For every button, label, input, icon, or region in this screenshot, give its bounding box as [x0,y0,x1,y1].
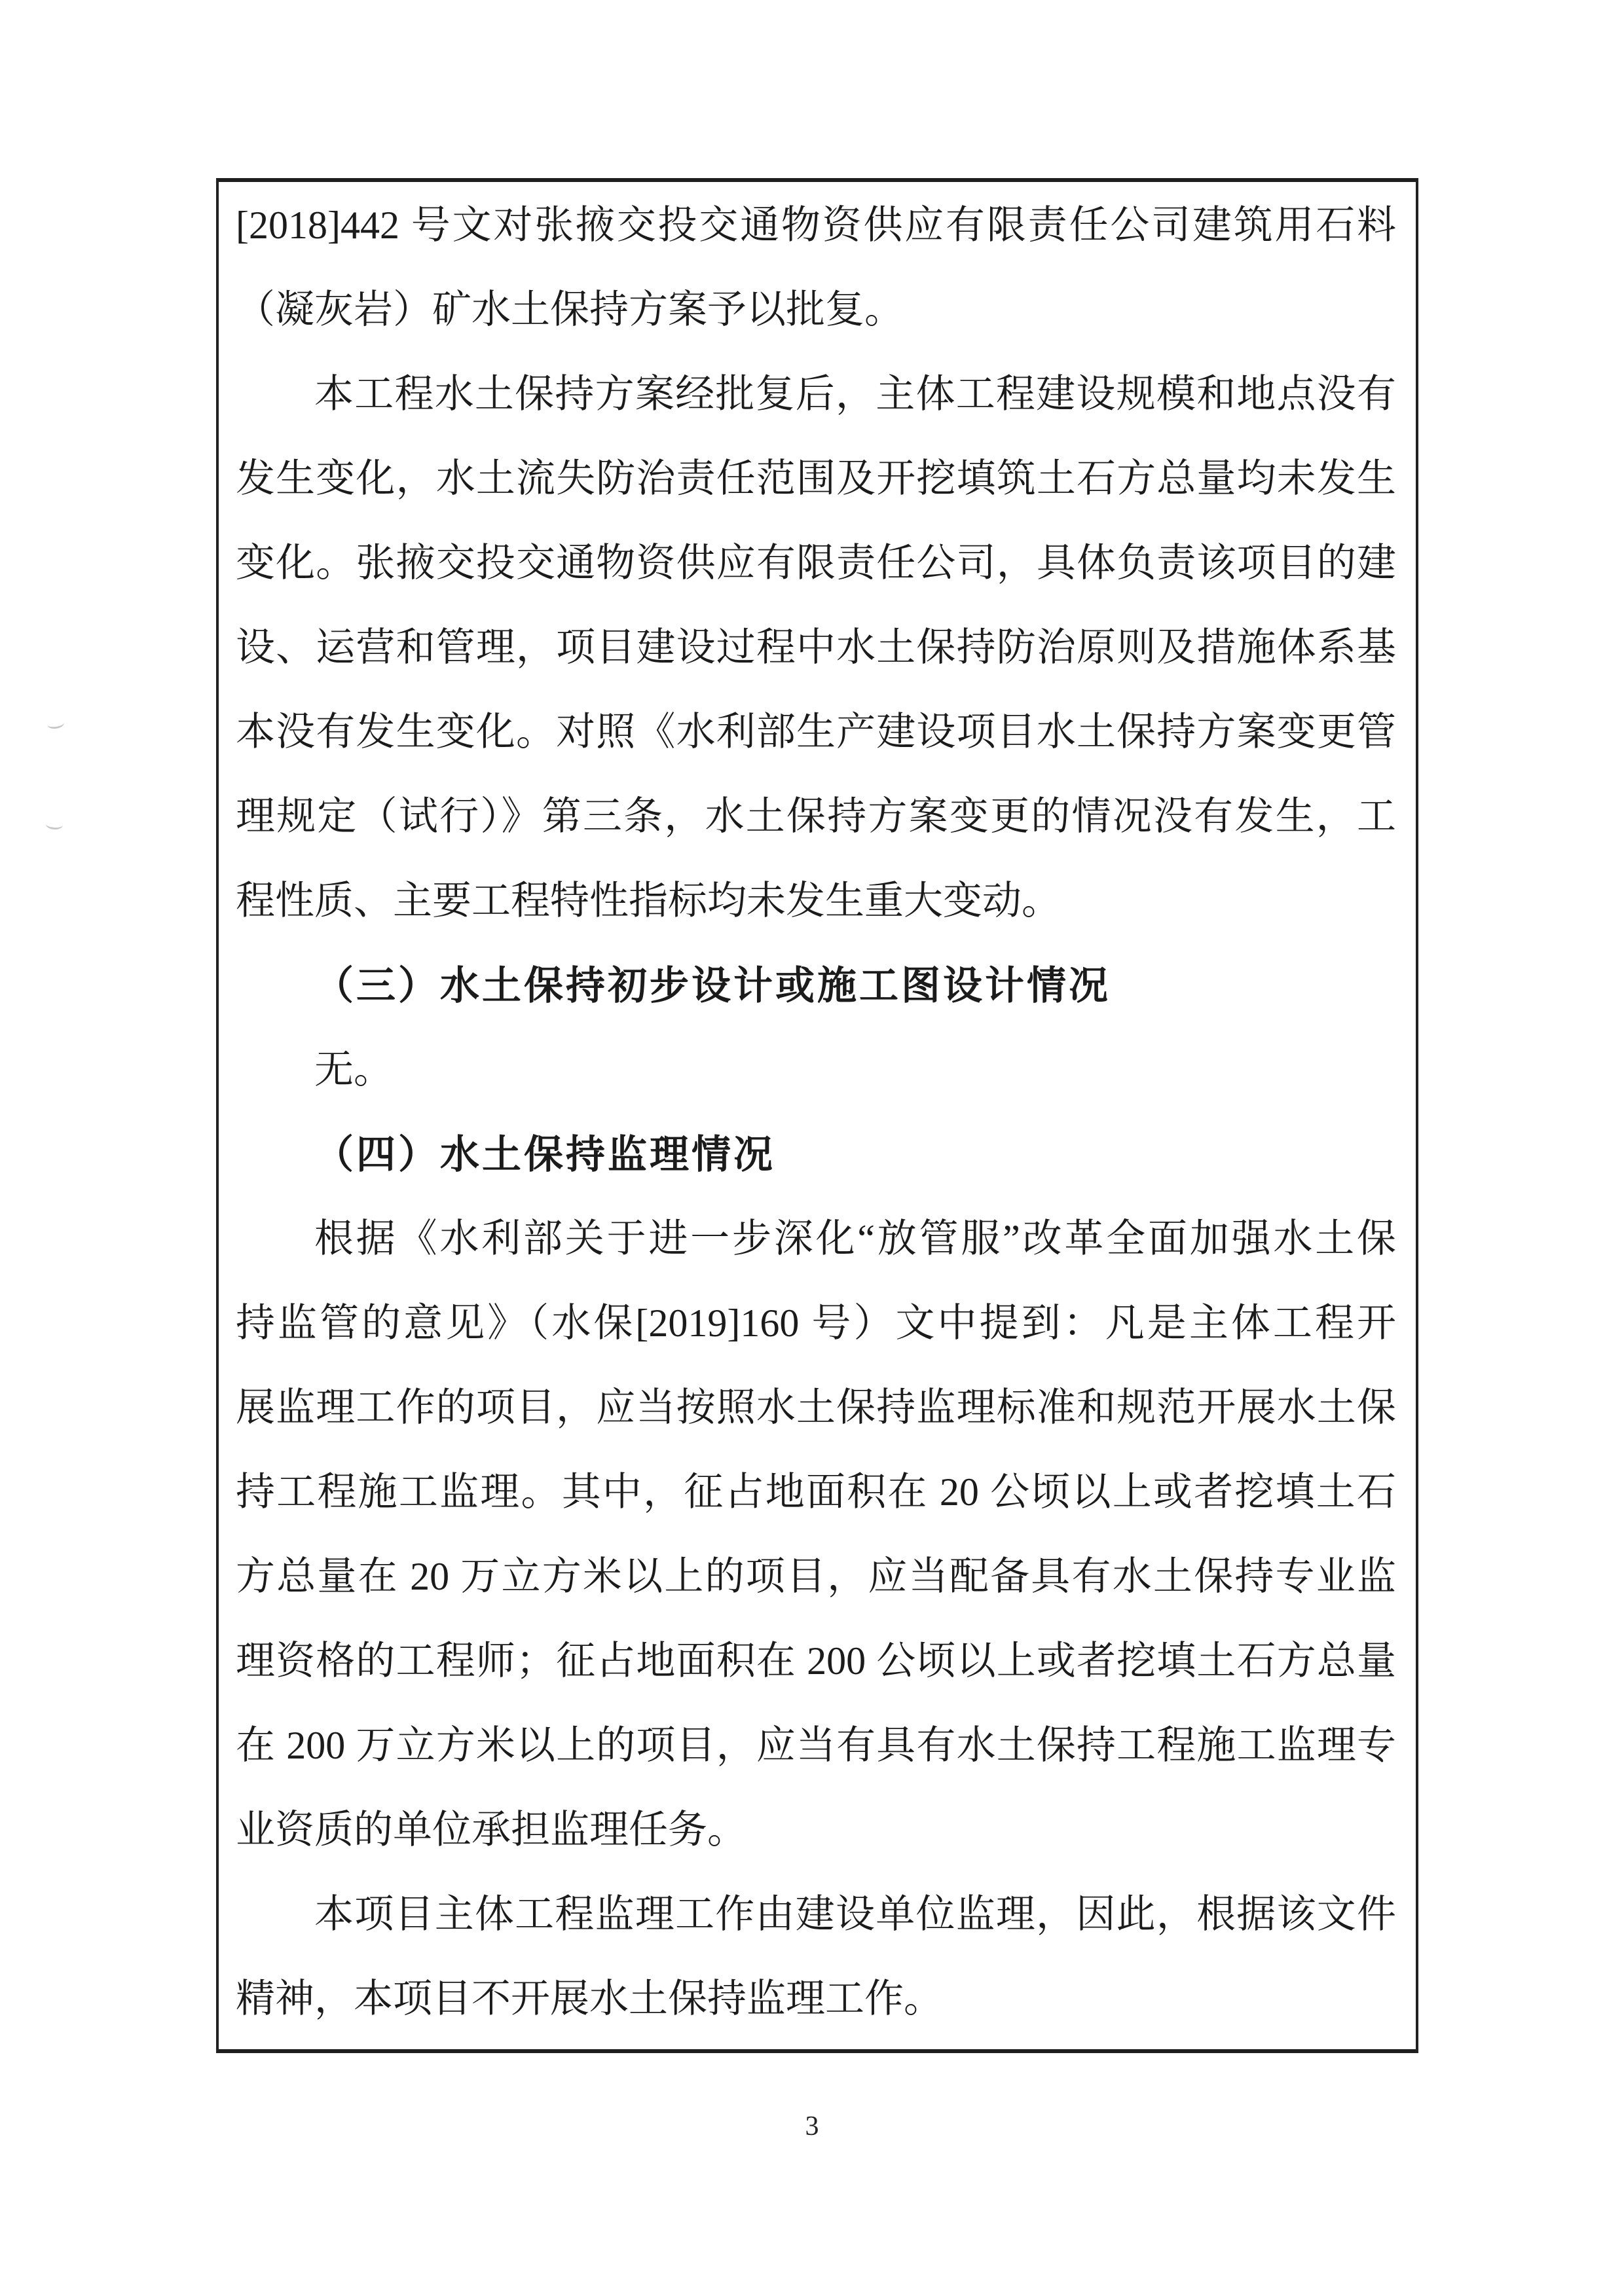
text-line: 理规定（试行）》第三条，水土保持方案变更的情况没有发生，工 [236,774,1396,859]
text-line: 业资质的单位承担监理任务。 [236,1788,1396,1872]
text-line: 无。 [236,1028,1396,1112]
text-line: 程性质、主要工程特性指标均未发生重大变动。 [236,859,1396,943]
section-heading: （三）水土保持初步设计或施工图设计情况 [236,943,1396,1028]
text-line: 发生变化，水土流失防治责任范围及开挖填筑土石方总量均未发生 [236,437,1396,521]
text-line: 持监管的意见》（水保[2019]160 号）文中提到：凡是主体工程开 [236,1281,1396,1366]
text-line: （凝灰岩）矿水土保持方案予以批复。 [236,268,1396,352]
scan-artifact [46,718,65,729]
text-line: 展监理工作的项目，应当按照水土保持监理标准和规范开展水土保 [236,1366,1396,1450]
text-line: [2018]442 号文对张掖交投交通物资供应有限责任公司建筑用石料 [236,183,1396,268]
text-line: 持工程施工监理。其中，征占地面积在 20 公顷以上或者挖填土石 [236,1450,1396,1535]
text-line: 本没有发生变化。对照《水利部生产建设项目水土保持方案变更管 [236,690,1396,774]
page-number: 3 [0,2107,1624,2146]
text-line: 本工程水土保持方案经批复后，主体工程建设规模和地点没有 [236,352,1396,437]
scan-artifact [46,819,64,830]
text-line: 在 200 万立方米以上的项目，应当有具有水土保持工程施工监理专 [236,1704,1396,1788]
text-line: 精神，本项目不开展水土保持监理工作。 [236,1957,1396,2041]
text-line: 方总量在 20 万立方米以上的项目，应当配备具有水土保持专业监 [236,1535,1396,1619]
text-line: 根据《水利部关于进一步深化“放管服”改革全面加强水土保 [236,1197,1396,1281]
text-line: 设、运营和管理，项目建设过程中水土保持防治原则及措施体系基 [236,606,1396,690]
text-line: 理资格的工程师；征占地面积在 200 公顷以上或者挖填土石方总量 [236,1619,1396,1704]
content-border-box: [2018]442 号文对张掖交投交通物资供应有限责任公司建筑用石料（凝灰岩）矿… [216,178,1418,2053]
text-block: [2018]442 号文对张掖交投交通物资供应有限责任公司建筑用石料（凝灰岩）矿… [219,182,1416,2049]
section-heading: （四）水土保持监理情况 [236,1112,1396,1197]
text-line: 本项目主体工程监理工作由建设单位监理，因此，根据该文件 [236,1872,1396,1957]
text-line: 变化。张掖交投交通物资供应有限责任公司，具体负责该项目的建 [236,521,1396,606]
